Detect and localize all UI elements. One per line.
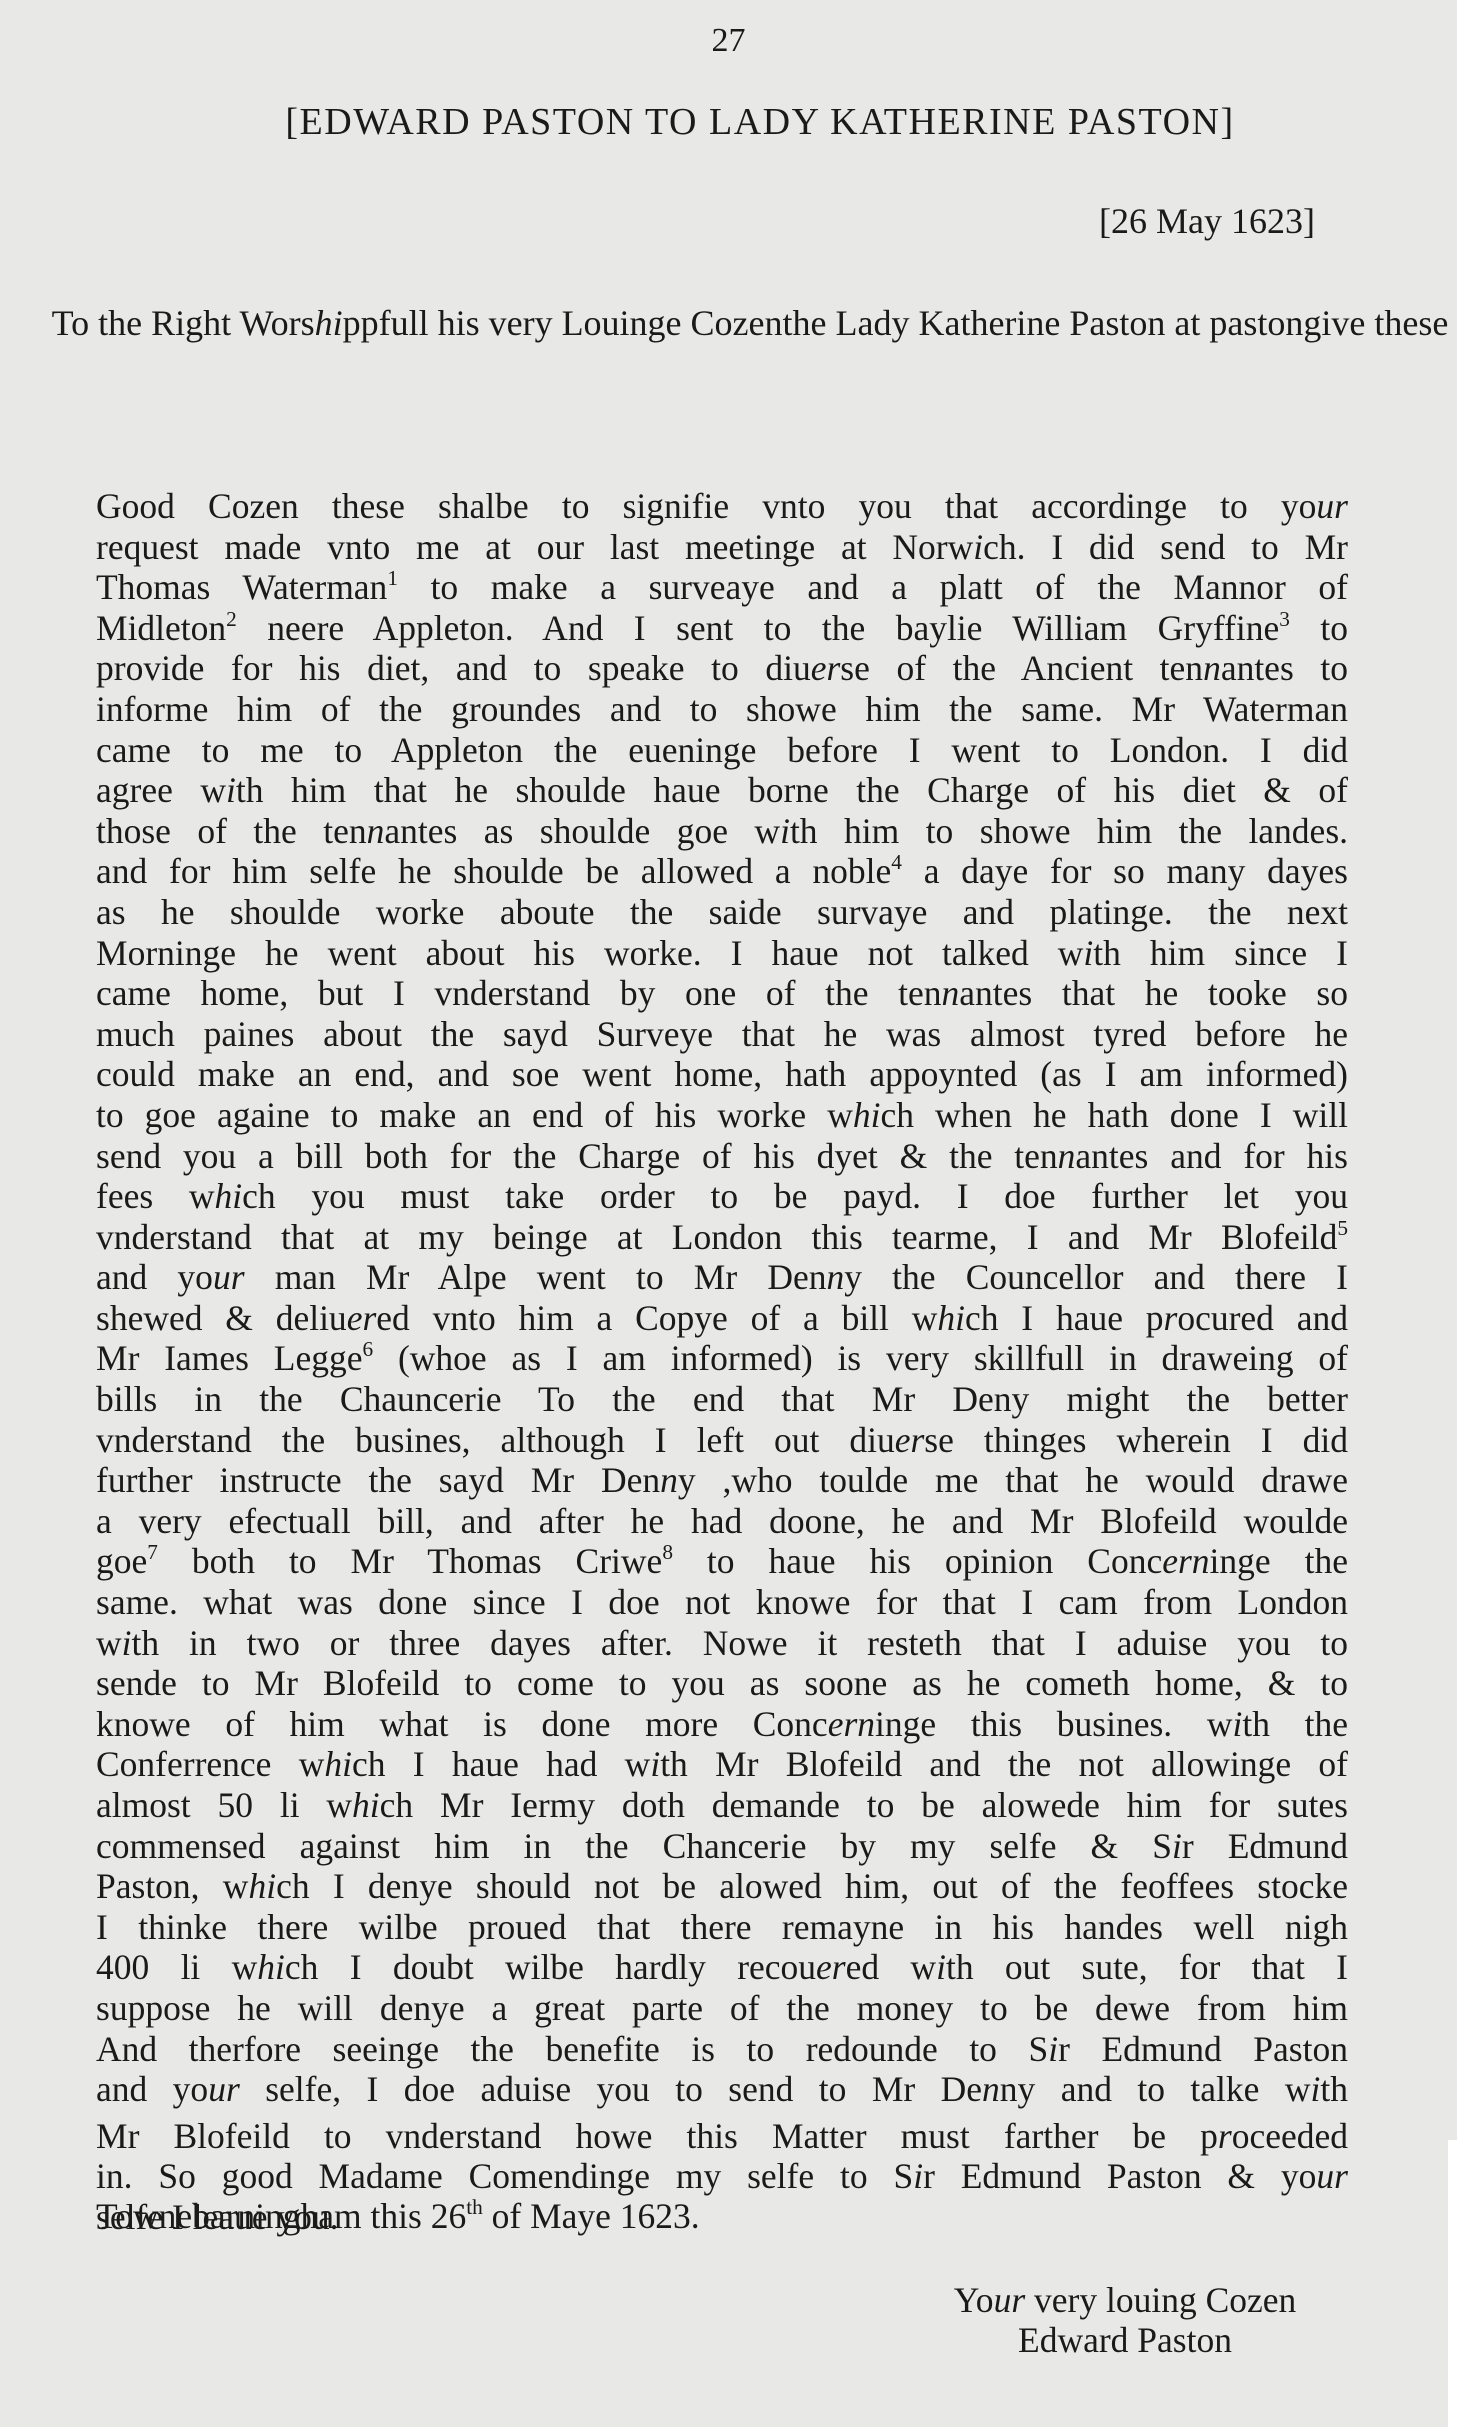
closing-line: Townebarningham this 26th of Maye 1623. (96, 2196, 700, 2236)
footnote-marker: 7 (147, 1541, 158, 1565)
address-line: the Lady Katherine Paston at paston (783, 303, 1304, 343)
body-line: agree with him that he shoulde haue born… (96, 770, 1348, 811)
text-run: To the Right Wors (52, 303, 315, 343)
body-line: with in two or three dayes after. Nowe i… (96, 1623, 1348, 1664)
expanded-abbreviation: hi (315, 303, 343, 343)
body-line: fees which you must take order to be pay… (96, 1176, 1348, 1217)
text-run: se of the Ancient ten (840, 648, 1203, 688)
body-line: could make an end, and soe went home, ha… (96, 1054, 1348, 1095)
text-run: goe (96, 1541, 147, 1581)
body-line: Thomas Waterman1 to make a surveaye and … (96, 567, 1348, 608)
body-line: and your selfe, I doe aduise you to send… (96, 2069, 1348, 2110)
expanded-abbreviation: ur (208, 2069, 240, 2109)
expanded-abbreviation: i (1311, 2069, 1321, 2109)
footnote-marker: 5 (1337, 1216, 1348, 1240)
expanded-abbreviation: i (226, 770, 236, 810)
expanded-abbreviation: hi (215, 1176, 243, 1216)
body-line: a very efectuall bill, and after he had … (96, 1501, 1348, 1542)
text-run: w (96, 1623, 122, 1663)
footnote-marker: 3 (1279, 607, 1290, 631)
text-run: man Mr Alpe went to Mr Den (245, 1257, 827, 1297)
text-run: ch you must take order to be payd. I doe… (242, 1176, 1348, 1216)
body-line: goe7 both to Mr Thomas Criwe8 to haue hi… (96, 1541, 1348, 1582)
text-run: ch. I did send to Mr (983, 527, 1348, 567)
expanded-abbreviation: ur (1316, 2156, 1348, 2196)
text-run: selfe, I doe aduise you to send to Mr De (240, 2069, 982, 2109)
text-run: th him since I (1093, 933, 1348, 973)
text-run: to (1290, 608, 1348, 648)
document-page: 27 [EDWARD PASTON TO LADY KATHERINE PAST… (0, 0, 1457, 2427)
text-run: suppose he will denye a great parte of t… (96, 1988, 1348, 2028)
text-run: Conferrence w (96, 1744, 324, 1784)
text-run: to make a surveaye and a platt of the Ma… (398, 567, 1348, 607)
text-run: give these (1303, 303, 1448, 343)
text-run: ch I doubt wilbe hardly recou (285, 1947, 816, 1987)
text-run: further instructe the sayd Mr Den (96, 1460, 660, 1500)
text-run: came to me to Appleton the eueninge befo… (96, 730, 1348, 770)
expanded-abbreviation: hi (853, 1095, 881, 1135)
body-line: knowe of him what is done more Concernin… (96, 1704, 1348, 1745)
text-run: ch I haue had w (352, 1744, 650, 1784)
text-run: shewed & deliu (96, 1298, 347, 1338)
text-run: as he shoulde worke aboute the saide sur… (96, 892, 1348, 932)
text-run: to haue his opinion Conc (673, 1541, 1162, 1581)
text-run: to goe againe to make an end of his work… (96, 1095, 853, 1135)
text-run: y ,who toulde me that he would drawe (678, 1460, 1348, 1500)
text-run: and yo (96, 1257, 213, 1297)
body-line: came home, but I vnderstand by one of th… (96, 973, 1348, 1014)
text-run: ch when he hath done I will (880, 1095, 1348, 1135)
footnote-marker: th (466, 2195, 483, 2219)
expanded-abbreviation: er (811, 648, 841, 688)
body-line: suppose he will denye a great parte of t… (96, 1988, 1348, 2029)
text-run: 400 li w (96, 1947, 257, 1987)
body-line: as he shoulde worke aboute the saide sur… (96, 892, 1348, 933)
footnote-marker: 1 (387, 566, 398, 590)
expanded-abbreviation: n (660, 1460, 678, 1500)
text-run: ppfull his very Louinge Cozen (343, 303, 783, 343)
text-run: could make an end, and soe went home, ha… (96, 1054, 1348, 1094)
letter-body: Good Cozen these shalbe to signifie vnto… (96, 486, 1348, 2238)
body-line: 400 li which I doubt wilbe hardly recoue… (96, 1947, 1348, 1988)
text-run: r Edmund Paston (1058, 2029, 1348, 2069)
text-run: Midleton (96, 608, 226, 648)
signature-line: Edward Paston (900, 2320, 1350, 2360)
footnote-marker: 4 (891, 851, 902, 875)
expanded-abbreviation: hi (248, 1866, 276, 1906)
footnote-marker: 8 (662, 1541, 673, 1565)
body-line: Paston, which I denye should not be alow… (96, 1866, 1348, 1907)
expanded-abbreviation: hi (352, 1785, 380, 1825)
text-run: came home, but I vnderstand by one of th… (96, 973, 942, 1013)
footnote-marker: 6 (362, 1338, 373, 1362)
text-run: informe him of the groundes and to showe… (96, 689, 1348, 729)
text-run: very louing Cozen (1025, 2280, 1296, 2320)
text-run: Thomas Waterman (96, 567, 387, 607)
text-run: same. what was done since I doe not know… (96, 1582, 1348, 1622)
text-run: ny and to talke w (1000, 2069, 1311, 2109)
text-run: vnderstand that at my beinge at London t… (96, 1217, 1337, 1257)
text-run: request made vnto me at our last meeting… (96, 527, 973, 567)
text-run: y the Councellor and there I (844, 1257, 1348, 1297)
expanded-abbreviation: i (122, 1623, 132, 1663)
expanded-abbreviation: i (913, 2156, 923, 2196)
text-run: neere Appleton. And I sent to the baylie… (237, 608, 1279, 648)
text-run: antes that he tooke so (959, 973, 1348, 1013)
scan-edge-strip (1448, 2140, 1457, 2427)
expanded-abbreviation: i (780, 811, 790, 851)
body-line: I thinke there wilbe proued that there r… (96, 1907, 1348, 1948)
expanded-abbreviation: ur (1316, 486, 1348, 526)
body-line: vnderstand the busines, although I left … (96, 1420, 1348, 1461)
text-run: Edward Paston (1018, 2320, 1232, 2360)
text-run: and for him selfe he shoulde be allowed … (96, 851, 891, 891)
text-run: ch I denye should not be alowed him, out… (276, 1866, 1348, 1906)
expanded-abbreviation: er (816, 1947, 846, 1987)
expanded-abbreviation: i (973, 527, 983, 567)
body-line: Good Cozen these shalbe to signifie vnto… (96, 486, 1348, 527)
expanded-abbreviation: r (1218, 2116, 1232, 2156)
letter-title: [EDWARD PASTON TO LADY KATHERINE PASTON] (0, 100, 1457, 144)
letter-address: To the Right Worshippfull his very Louin… (0, 302, 1457, 345)
body-line: Midleton2 neere Appleton. And I sent to … (96, 608, 1348, 649)
text-run: th him that he shoulde haue borne the Ch… (236, 770, 1348, 810)
letter-closing-place-date: Townebarningham this 26th of Maye 1623. (96, 2196, 700, 2236)
body-line: vnderstand that at my beinge at London t… (96, 1217, 1348, 1258)
text-run: ed w (846, 1947, 936, 1987)
text-run: fees w (96, 1176, 215, 1216)
text-run: se thinges wherein I did (924, 1420, 1348, 1460)
body-line: and for him selfe he shoulde be allowed … (96, 851, 1348, 892)
text-run: the Lady Katherine Paston at paston (783, 303, 1304, 343)
text-run: a daye for so many dayes (902, 851, 1348, 891)
text-run: th the (1242, 1704, 1348, 1744)
body-line: Mr Blofeild to vnderstand howe this Matt… (96, 2116, 1348, 2157)
body-line: much paines about the sayd Surveye that … (96, 1014, 1348, 1055)
text-run: Good Cozen these shalbe to signifie vnto… (96, 486, 1316, 526)
text-run: Mr Iames Legge (96, 1338, 362, 1378)
expanded-abbreviation: ur (213, 1257, 245, 1297)
text-run: oceeded (1232, 2116, 1348, 2156)
expanded-abbreviation: n (1058, 1136, 1076, 1176)
text-run: vnderstand the busines, although I left … (96, 1420, 895, 1460)
text-run: antes to (1221, 648, 1348, 688)
body-line: shewed & deliuered vnto him a Copye of a… (96, 1298, 1348, 1339)
expanded-abbreviation: er (347, 1298, 377, 1338)
body-line: almost 50 li which Mr Iermy doth demande… (96, 1785, 1348, 1826)
body-line: came to me to Appleton the eueninge befo… (96, 730, 1348, 771)
text-run: I thinke there wilbe proued that there r… (96, 1907, 1348, 1947)
expanded-abbreviation: r (1164, 1298, 1178, 1338)
expanded-abbreviation: n (942, 973, 960, 1013)
footnote-marker: 2 (226, 607, 237, 631)
expanded-abbreviation: n (982, 2069, 1000, 2109)
expanded-abbreviation: hi (257, 1947, 285, 1987)
address-line: give these (1303, 303, 1448, 343)
signature-line: Your very louing Cozen (900, 2280, 1350, 2320)
text-run: th (1320, 2069, 1348, 2109)
text-run: inge this busines. w (875, 1704, 1232, 1744)
body-line: commensed against him in the Chancerie b… (96, 1826, 1348, 1867)
body-line: further instructe the sayd Mr Denny ,who… (96, 1460, 1348, 1501)
letter-date: [26 May 1623] (1099, 200, 1315, 242)
expanded-abbreviation: i (1232, 1704, 1242, 1744)
text-run: antes and for his (1075, 1136, 1348, 1176)
text-run: th out sute, for that I (946, 1947, 1348, 1987)
text-run: Paston, w (96, 1866, 248, 1906)
text-run: almost 50 li w (96, 1785, 352, 1825)
expanded-abbreviation: n (1203, 648, 1221, 688)
text-run: r Edmund (1182, 1826, 1348, 1866)
text-run: Yo (954, 2280, 994, 2320)
expanded-abbreviation: ern (1162, 1541, 1209, 1581)
body-line: provide for his diet, and to speake to d… (96, 648, 1348, 689)
text-run: inge the (1210, 1541, 1348, 1581)
expanded-abbreviation: hi (324, 1744, 352, 1784)
body-line: same. what was done since I doe not know… (96, 1582, 1348, 1623)
body-line: those of the tennantes as shoulde goe wi… (96, 811, 1348, 852)
expanded-abbreviation: i (1172, 1826, 1182, 1866)
text-run: ch Mr Iermy doth demande to be alowede h… (380, 1785, 1348, 1825)
text-run: th in two or three dayes after. Nowe it … (132, 1623, 1348, 1663)
text-run: Morninge he went about his worke. I haue… (96, 933, 1083, 973)
address-line: To the Right Worshippfull his very Louin… (52, 303, 783, 343)
text-run: both to Mr Thomas Criwe (158, 1541, 662, 1581)
text-run: sende to Mr Blofeild to come to you as s… (96, 1663, 1348, 1703)
expanded-abbreviation: ern (828, 1704, 875, 1744)
body-line: request made vnto me at our last meeting… (96, 527, 1348, 568)
text-run: And therfore seeinge the benefite is to … (96, 2029, 1048, 2069)
text-run: knowe of him what is done more Conc (96, 1704, 828, 1744)
body-line: informe him of the groundes and to showe… (96, 689, 1348, 730)
text-run: r Edmund Paston & yo (923, 2156, 1316, 2196)
expanded-abbreviation: er (895, 1420, 925, 1460)
body-line: sende to Mr Blofeild to come to you as s… (96, 1663, 1348, 1704)
text-run: Mr Blofeild to vnderstand howe this Matt… (96, 2116, 1218, 2156)
text-run: of Maye 1623. (483, 2196, 700, 2236)
text-run: those of the ten (96, 811, 367, 851)
text-run: agree w (96, 770, 226, 810)
text-run: a very efectuall bill, and after he had … (96, 1501, 1348, 1541)
body-line: Conferrence which I haue had with Mr Blo… (96, 1744, 1348, 1785)
body-line: and your man Mr Alpe went to Mr Denny th… (96, 1257, 1348, 1298)
body-line: in. So good Madame Comendinge my selfe t… (96, 2156, 1348, 2197)
body-line: send you a bill both for the Charge of h… (96, 1136, 1348, 1177)
text-run: much paines about the sayd Surveye that … (96, 1014, 1348, 1054)
text-run: th Mr Blofeild and the not allowinge of (660, 1744, 1348, 1784)
expanded-abbreviation: i (1048, 2029, 1058, 2069)
body-line: Mr Iames Legge6 (whoe as I am informed) … (96, 1338, 1348, 1379)
page-number: 27 (0, 22, 1457, 60)
expanded-abbreviation: n (367, 811, 385, 851)
text-run: ed vnto him a Copye of a bill w (376, 1298, 937, 1338)
text-run: antes as shoulde goe w (384, 811, 780, 851)
body-line: to goe againe to make an end of his work… (96, 1095, 1348, 1136)
expanded-abbreviation: hi (937, 1298, 965, 1338)
expanded-abbreviation: i (650, 1744, 660, 1784)
text-run: commensed against him in the Chancerie b… (96, 1826, 1172, 1866)
body-line: Morninge he went about his worke. I haue… (96, 933, 1348, 974)
letter-signature: Your very louing CozenEdward Paston (900, 2280, 1350, 2360)
expanded-abbreviation: ur (994, 2280, 1026, 2320)
expanded-abbreviation: n (826, 1257, 844, 1297)
text-run: (whoe as I am informed) is very skillful… (373, 1338, 1348, 1378)
expanded-abbreviation: i (1083, 933, 1093, 973)
text-run: Townebarningham this 26 (96, 2196, 466, 2236)
text-run: provide for his diet, and to speake to d… (96, 648, 811, 688)
text-run: and yo (96, 2069, 208, 2109)
text-run: in. So good Madame Comendinge my selfe t… (96, 2156, 913, 2196)
text-run: send you a bill both for the Charge of h… (96, 1136, 1058, 1176)
expanded-abbreviation: i (936, 1947, 946, 1987)
text-run: th him to showe him the landes. (790, 811, 1348, 851)
text-run: ocured and (1177, 1298, 1348, 1338)
body-line: And therfore seeinge the benefite is to … (96, 2029, 1348, 2070)
text-run: bills in the Chauncerie To the end that … (96, 1379, 1348, 1419)
body-line: bills in the Chauncerie To the end that … (96, 1379, 1348, 1420)
text-run: ch I haue p (965, 1298, 1164, 1338)
